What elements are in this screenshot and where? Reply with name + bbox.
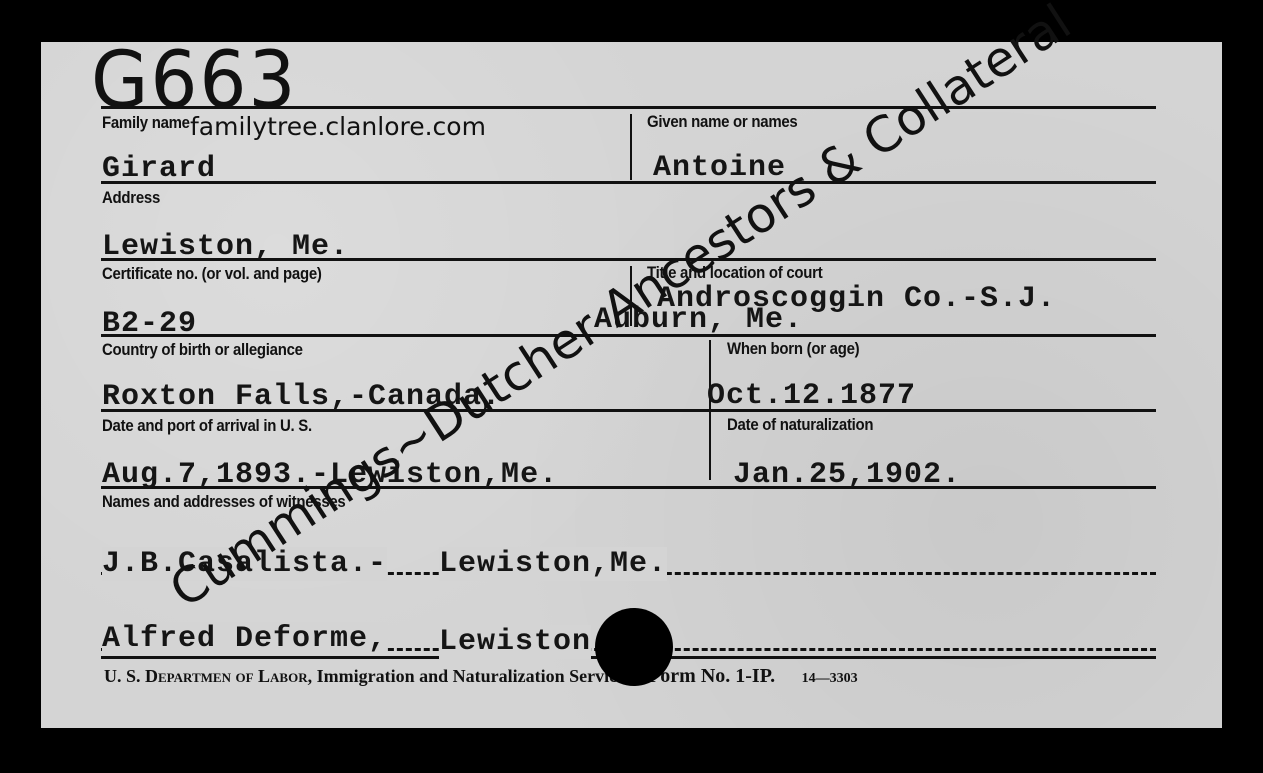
naturalization-index-card: G663 Family name Girard Given name or na… — [41, 42, 1222, 728]
family-name-label: Family name — [102, 113, 190, 133]
footer-service: Immigration and Naturalization Service. — [317, 666, 630, 686]
form-footer: U. S. Departmen of Labor, Immigration an… — [104, 665, 858, 688]
naturalization-label: Date of naturalization — [727, 415, 873, 435]
redaction-circle — [595, 608, 673, 686]
site-watermark: familytree.clanlore.com — [190, 112, 486, 141]
divider-name — [630, 114, 632, 180]
certificate-value: B2-29 — [102, 307, 197, 341]
born-value: Oct.12.1877 — [707, 379, 916, 413]
footer-department: U. S. Departmen of Labor, — [104, 666, 312, 686]
witness-2-name: Alfred Deforme, — [102, 622, 387, 656]
born-label: When born (or age) — [727, 339, 859, 359]
naturalization-value: Jan.25,1902. — [733, 458, 961, 492]
certificate-label: Certificate no. (or vol. and page) — [102, 264, 322, 284]
given-name-label: Given name or names — [647, 112, 797, 132]
rule-name-row — [101, 181, 1156, 184]
address-value: Lewiston, Me. — [102, 230, 349, 264]
footer-print-number: 14—3303 — [802, 671, 858, 686]
footer-form-number: Form No. 1-IP. — [648, 665, 775, 687]
witness-2-address: Lewiston — [439, 625, 591, 659]
family-name-value: Girard — [102, 152, 216, 186]
address-label: Address — [102, 188, 160, 208]
arrival-label: Date and port of arrival in U. S. — [102, 416, 312, 436]
country-label: Country of birth or allegiance — [102, 340, 303, 360]
rule-top — [101, 106, 1156, 109]
witness-1-address: Lewiston,Me. — [439, 547, 667, 581]
